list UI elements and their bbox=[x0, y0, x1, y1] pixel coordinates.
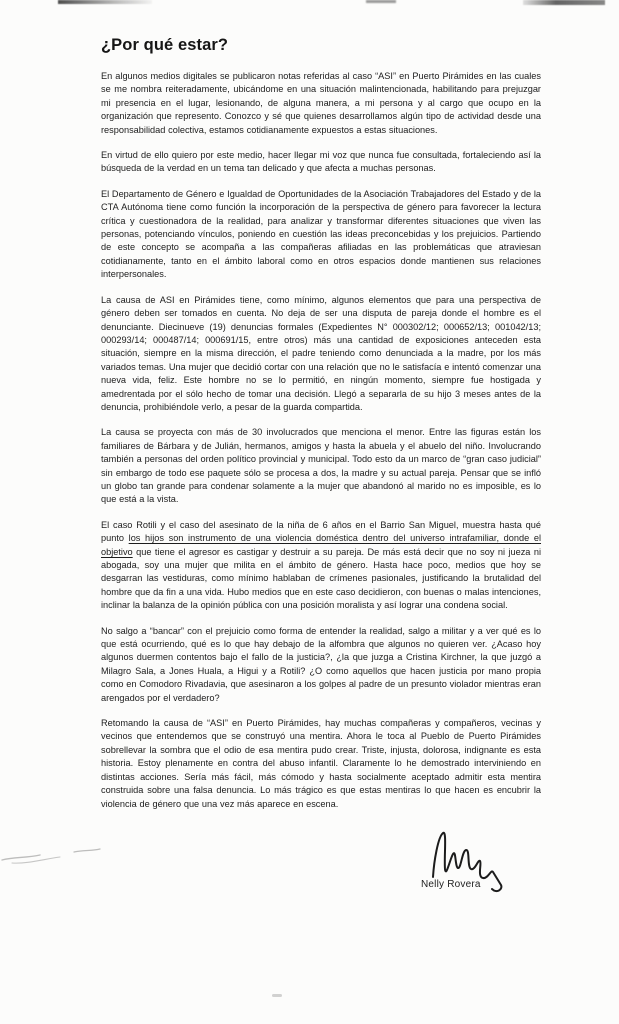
scan-smudge-top-right bbox=[523, 0, 605, 5]
document-body: En algunos medios digitales se publicaro… bbox=[101, 70, 541, 811]
paragraph-5: La causa se proyecta con más de 30 invol… bbox=[101, 426, 541, 506]
scanned-document-page: ¿Por qué estar? En algunos medios digita… bbox=[0, 0, 619, 1024]
scan-smudge-top-middle bbox=[366, 0, 396, 3]
scan-mark-bottom bbox=[272, 994, 282, 997]
page-title: ¿Por qué estar? bbox=[101, 36, 541, 55]
signature-name: Nelly Rovera bbox=[421, 879, 539, 890]
signature-block: Nelly Rovera bbox=[419, 823, 539, 890]
paragraph-7: No salgo a “bancar” con el prejuicio com… bbox=[101, 625, 541, 705]
paragraph-3: El Departamento de Género e Igualdad de … bbox=[101, 188, 541, 282]
paragraph-1: En algunos medios digitales se publicaro… bbox=[101, 70, 541, 137]
paragraph-6: El caso Rotili y el caso del asesinato d… bbox=[101, 519, 541, 613]
paragraph-2: En virtud de ello quiero por este medio,… bbox=[101, 149, 541, 176]
paragraph-8: Retomando la causa de “ASI” en Puerto Pi… bbox=[101, 717, 541, 811]
paragraph-4: La causa de ASI en Pirámides tiene, como… bbox=[101, 294, 541, 415]
document-content: ¿Por qué estar? En algunos medios digita… bbox=[101, 36, 541, 890]
scan-smudge-top-left bbox=[58, 0, 152, 4]
